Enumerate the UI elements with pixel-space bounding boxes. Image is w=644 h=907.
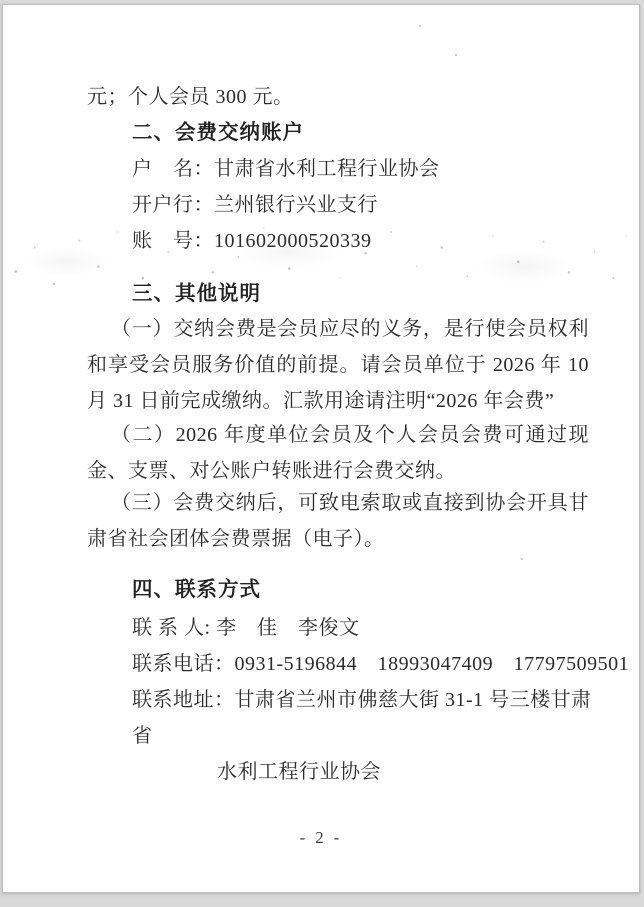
account-name-value: 甘肃省水利工程行业协会 — [214, 158, 440, 180]
contact-person-row: 联 系 人: 李 佳 李俊文 — [132, 610, 360, 646]
contact-phone-row: 联系电话：0931-5196844 18993047409 1779750950… — [132, 646, 629, 682]
contact-address-row: 联系地址：甘肃省兰州市佛慈大街 31-1 号三楼甘肃省水利工程行业协会 — [132, 682, 602, 790]
scan-speck — [521, 558, 523, 560]
section-heading-other-notes: 三、其他说明 — [132, 276, 261, 312]
section-heading-payment-account: 二、会费交纳账户 — [132, 115, 304, 151]
contact-person-label: 联 系 人: — [132, 617, 216, 639]
contact-address-label: 联系地址： — [132, 689, 235, 711]
note-paragraph-3: （三）会费交纳后，可致电索取或直接到协会开具甘肃省社会团体会费票据（电子）。 — [87, 485, 589, 557]
scan-background: 元；个人会员 300 元。 二、会费交纳账户 户 名：甘肃省水利工程行业协会 开… — [0, 0, 644, 907]
scan-speck — [419, 25, 421, 27]
contact-address-line2: 水利工程行业协会 — [217, 754, 602, 790]
bank-branch-label: 开户行： — [132, 194, 214, 216]
bank-branch-row: 开户行：兰州银行兴业支行 — [132, 187, 378, 223]
account-name-label: 户 名： — [132, 158, 214, 180]
note-paragraph-2: （二）2026 年度单位会员及个人会员会费可通过现金、支票、对公账户转账进行会费… — [87, 417, 589, 489]
page-number: - 2 - — [3, 828, 639, 848]
contact-phone-value: 0931-5196844 18993047409 17797509501 — [235, 653, 630, 675]
section-heading-contact: 四、联系方式 — [132, 572, 261, 608]
scan-speck — [455, 54, 457, 56]
account-number-label: 账 号： — [132, 230, 214, 252]
account-name-row: 户 名：甘肃省水利工程行业协会 — [132, 151, 440, 187]
continuation-text: 元；个人会员 300 元。 — [87, 79, 294, 115]
contact-person-value: 李 佳 李俊文 — [216, 617, 360, 639]
bank-branch-value: 兰州银行兴业支行 — [214, 194, 378, 216]
contact-phone-label: 联系电话： — [132, 653, 235, 675]
account-number-value: 101602000520339 — [214, 230, 372, 252]
document-page: 元；个人会员 300 元。 二、会费交纳账户 户 名：甘肃省水利工程行业协会 开… — [2, 4, 640, 893]
note-paragraph-1: （一）交纳会费是会员应尽的义务，是行使会员权利和享受会员服务价值的前提。请会员单… — [87, 311, 589, 419]
account-number-row: 账 号：101602000520339 — [132, 223, 372, 259]
